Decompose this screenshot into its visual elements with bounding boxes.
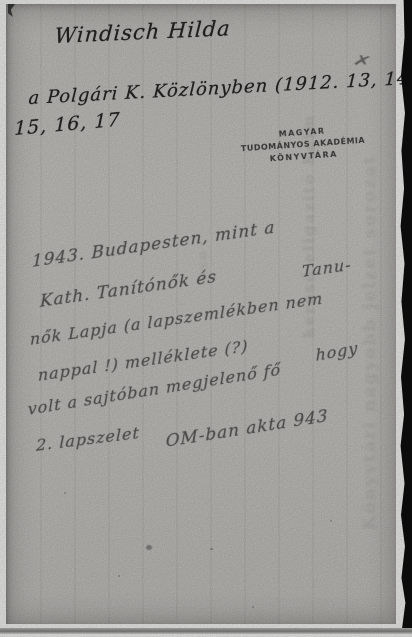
paper-smudge (146, 545, 152, 550)
pencil-x-mark: ✗ (351, 50, 373, 72)
paper-speckle (210, 548, 213, 550)
ghost-bleedthrough-text: Könyvtári nagyobb jelzet sorozat (360, 110, 380, 530)
paper-speckle (64, 492, 66, 494)
scanned-page: kereső eligazító Keim Könyvtári nagyobb … (0, 0, 412, 637)
paper-speckle (118, 575, 120, 577)
paper-speckle (252, 606, 254, 608)
scan-edge-bottom (0, 628, 412, 634)
paper-speckle (330, 520, 332, 522)
